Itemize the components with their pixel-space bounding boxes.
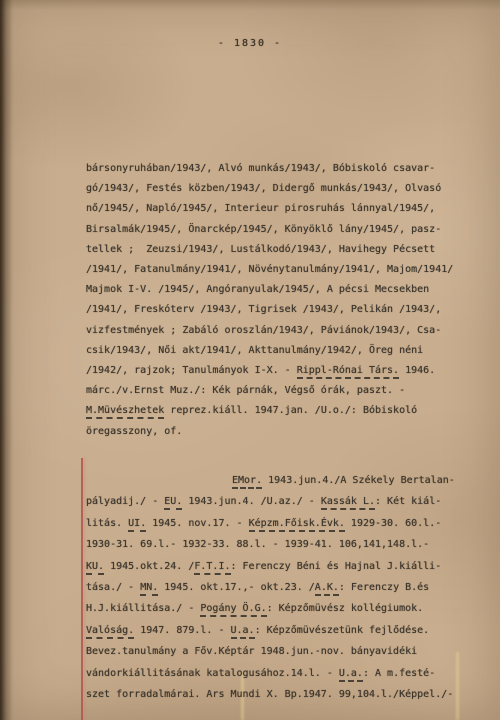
text-line: Birsalmák/1945/, Önarckép/1945/, Könyökl… <box>86 220 453 240</box>
paper-crease-streak <box>456 652 459 720</box>
text-segment: /1941/, Fatanulmány/1941/, Növénytanulmá… <box>86 264 453 275</box>
text-line: /1941/, Fatanulmány/1941/, Növénytanulmá… <box>86 260 453 280</box>
text-segment: /1941/, Freskóterv /1943/, Tigrisek /194… <box>86 304 441 315</box>
text-segment: : Két kiál- <box>375 496 441 507</box>
text-line: KU. 1945.okt.24. /F.T.I.: Ferenczy Béni … <box>86 556 455 577</box>
scanned-document-page: - 1830 - bársonyruhában/1943/, Alvó munk… <box>0 0 500 720</box>
underlined-text-segment: U.a. <box>231 625 255 639</box>
text-segment: /1942/, rajzok; Tanulmányok I-X. - <box>86 365 297 376</box>
underlined-text-segment: Kassák L. <box>321 496 375 510</box>
underlined-text-segment: M.Müvészhetek <box>86 405 164 419</box>
underlined-text-segment: UI. <box>128 518 146 532</box>
text-line: tása./ - MN. 1945. okt.17.,- okt.23. /A.… <box>86 577 455 598</box>
text-segment: Birsalmák/1945/, Önarckép/1945/, Könyökl… <box>86 224 441 235</box>
text-segment: : Ferenczy Béni és Hajnal J.kiálli- <box>231 561 442 572</box>
underlined-text-segment: EU. <box>164 496 182 510</box>
text-line: gó/1943/, Festés közben/1943/, Didergő m… <box>86 179 453 199</box>
text-segment: csik/1943/, Női akt/1941/, Akttanulmány/… <box>86 345 423 356</box>
text-segment: litás. <box>86 518 128 529</box>
underlined-text-segment: MN. <box>140 582 158 596</box>
underlined-text-segment: F.T.I. <box>194 561 230 575</box>
underlined-text-segment: U.a. <box>339 668 363 682</box>
text-line: nő/1945/, Napló/1945/, Interieur pirosru… <box>86 199 453 219</box>
underlined-text-segment: Képzm.Főisk.Évk. <box>249 518 345 532</box>
text-segment: Bevez.tanulmány a Főv.Képtár 1948.jun.-n… <box>86 646 417 657</box>
text-segment: : Képzőmüvész kollégiumok. <box>267 603 424 614</box>
text-segment: bársonyruhában/1943/, Alvó munkás/1943/,… <box>86 163 435 174</box>
underlined-text-segment: KU. <box>86 561 104 575</box>
text-segment: 1946. <box>399 365 435 376</box>
text-line: litás. UI. 1945. nov.17. - Képzm.Főisk.É… <box>86 513 455 534</box>
text-line: pályadij./ - EU. 1943.jun.4. /U.az./ - K… <box>86 491 455 512</box>
text-segment: pályadij./ - <box>86 496 164 507</box>
text-line: tellek ; Zeuzsi/1943/, Lustálkodó/1943/,… <box>86 240 453 260</box>
text-line: Valóság. 1947. 879.l. - U.a.: Képzőmüvés… <box>86 620 455 641</box>
text-segment: nő/1945/, Napló/1945/, Interieur pirosru… <box>86 203 435 214</box>
underlined-text-segment: Pogány Ö.G. <box>200 603 266 617</box>
margin-rule-line <box>81 458 83 720</box>
text-segment: öregasszony, of. <box>86 426 182 437</box>
text-segment: 1943.jun.4./A Székely Bertalan- <box>262 475 455 486</box>
text-segment: márc./v.Ernst Muz./: Kék párnák, Végső ó… <box>86 385 405 396</box>
text-segment: : A m.festé- <box>363 668 435 679</box>
text-line: /1942/, rajzok; Tanulmányok I-X. - Rippl… <box>86 361 453 381</box>
text-segment: Majmok I-V. /1945/, Angóranyulak/1945/, … <box>86 284 429 295</box>
paragraph-artwork-list: bársonyruhában/1943/, Alvó munkás/1943/,… <box>86 159 453 442</box>
text-segment: 1945. nov.17. - <box>146 518 248 529</box>
text-line: Majmok I-V. /1945/, Angóranyulak/1945/, … <box>86 280 453 300</box>
text-segment: H.J.kiállitása./ - <box>86 603 200 614</box>
text-line: öregasszony, of. <box>86 422 453 442</box>
text-segment: tellek ; Zeuzsi/1943/, Lustálkodó/1943/,… <box>86 244 435 255</box>
text-line: csik/1943/, Női akt/1941/, Akttanulmány/… <box>86 341 453 361</box>
text-line: 1930-31. 69.l.- 1932-33. 88.l. - 1939-41… <box>86 534 455 555</box>
text-line: /1941/, Freskóterv /1943/, Tigrisek /194… <box>86 300 453 320</box>
text-line: vándorkiállitásának katalogusához.14.l. … <box>86 663 455 684</box>
underlined-text-segment: Rippl-Rónai Társ. <box>297 365 399 379</box>
underlined-text-segment: EMor. <box>232 475 262 489</box>
underlined-text-segment: Valóság. <box>86 625 134 639</box>
text-line: bársonyruhában/1943/, Alvó munkás/1943/,… <box>86 159 453 179</box>
text-line: M.Müvészhetek reprez.kiáll. 1947.jan. /U… <box>86 401 453 421</box>
text-line: EMor. 1943.jun.4./A Székely Bertalan- <box>86 470 455 491</box>
text-segment: szet forradalmárai. Ars Mundi X. Bp.1947… <box>86 689 453 700</box>
scan-edge-shadow <box>0 0 12 720</box>
text-line: szet forradalmárai. Ars Mundi X. Bp.1947… <box>86 684 455 705</box>
text-segment: 1945. okt.17.,- okt.23. / <box>158 582 315 593</box>
text-segment: 1943.jun.4. /U.az./ - <box>182 496 320 507</box>
text-segment: 1930-31. 69.l.- 1932-33. 88.l. - 1939-41… <box>86 539 429 550</box>
text-segment: vándorkiállitásának katalogusához.14.l. … <box>86 668 339 679</box>
text-segment: : Képzőmüvészetünk fejlődése. <box>255 625 430 636</box>
page-number: - 1830 - <box>0 38 500 49</box>
text-line: márc./v.Ernst Muz./: Kék párnák, Végső ó… <box>86 381 453 401</box>
paragraph-bibliography: EMor. 1943.jun.4./A Székely Bertalan-pál… <box>86 470 455 705</box>
text-segment: : Ferenczy B.és <box>339 582 429 593</box>
text-segment: 1945.okt.24. / <box>104 561 194 572</box>
text-line: H.J.kiállitása./ - Pogány Ö.G.: Képzőmüv… <box>86 598 455 619</box>
text-line: vizfestmények ; Zabáló oroszlán/1943/, P… <box>86 321 453 341</box>
text-segment: reprez.kiáll. 1947.jan. /U.o./: Bóbiskol… <box>164 405 417 416</box>
text-segment: tása./ - <box>86 582 140 593</box>
text-segment: vizfestmények ; Zabáló oroszlán/1943/, P… <box>86 325 441 336</box>
text-segment: gó/1943/, Festés közben/1943/, Didergő m… <box>86 183 441 194</box>
underlined-text-segment: A.K. <box>315 582 339 596</box>
text-line: Bevez.tanulmány a Főv.Képtár 1948.jun.-n… <box>86 641 455 662</box>
text-segment: 1929-30. 60.l.- <box>345 518 441 529</box>
text-segment: 1947. 879.l. - <box>134 625 230 636</box>
